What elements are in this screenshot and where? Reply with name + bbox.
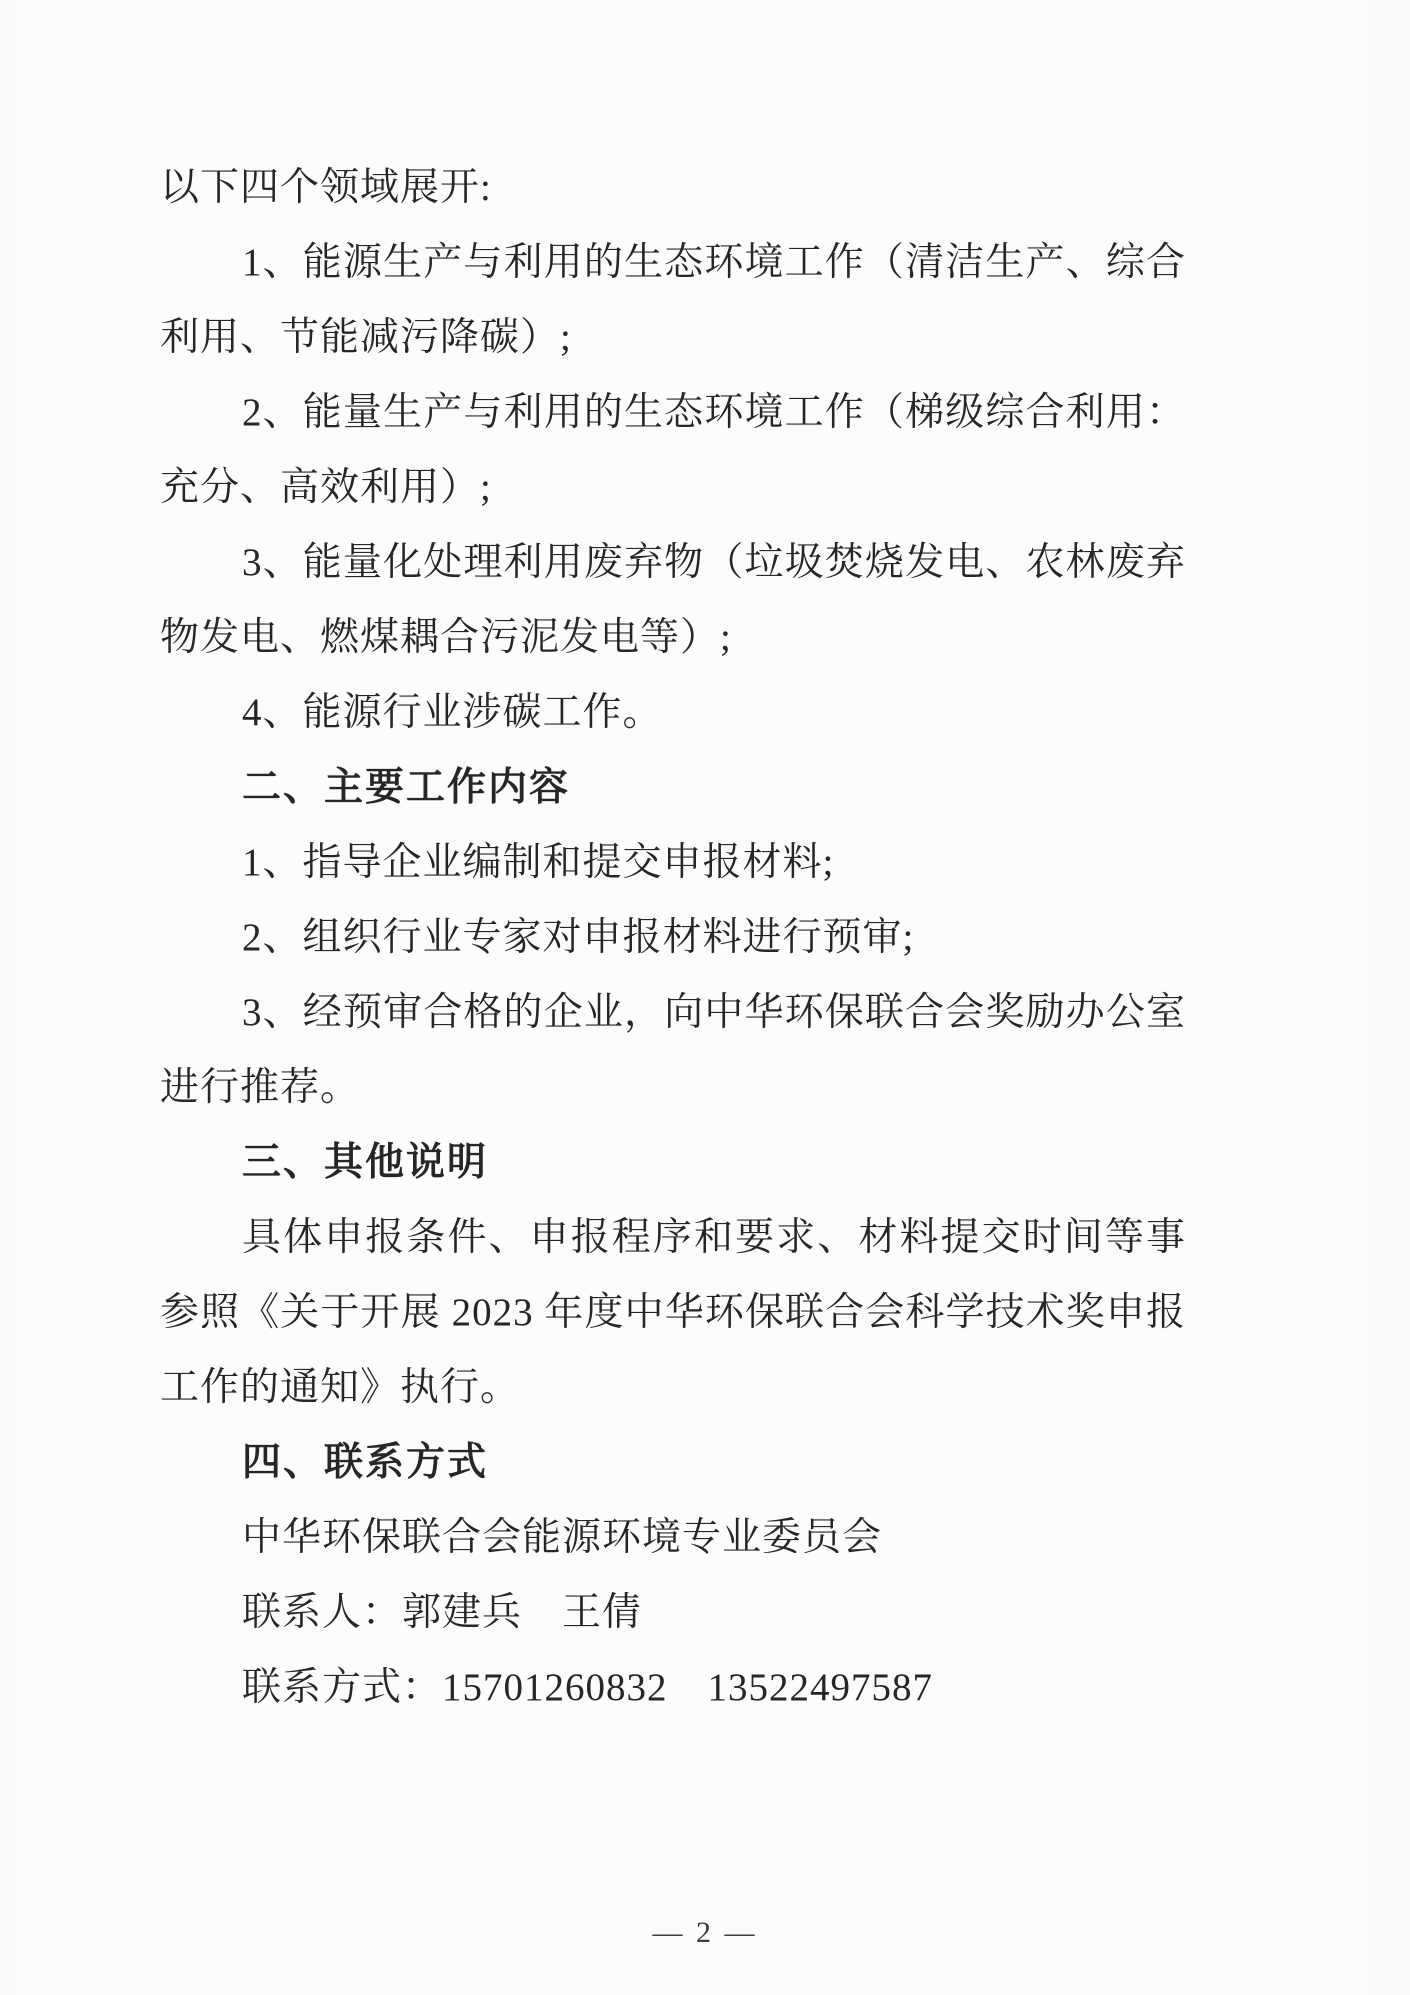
text-line: 具体申报条件、申报程序和要求、材料提交时间等事宜 xyxy=(160,1200,1186,1275)
document-body: 以下四个领域展开:1、能源生产与利用的生态环境工作（清洁生产、综合利用、节能减污… xyxy=(160,150,1186,1725)
text-line: 4、能源行业涉碳工作。 xyxy=(160,675,1186,750)
text-line: 以下四个领域展开: xyxy=(160,150,1186,225)
text-line: 2、组织行业专家对申报材料进行预审; xyxy=(160,900,1186,975)
text-line: 进行推荐。 xyxy=(160,1050,1186,1125)
text-line: 1、能源生产与利用的生态环境工作（清洁生产、综合 xyxy=(160,225,1186,300)
page-number: — 2 — xyxy=(0,1916,1410,1950)
text-line: 参照《关于开展 2023 年度中华环保联合会科学技术奖申报 xyxy=(160,1275,1186,1350)
text-line: 工作的通知》执行。 xyxy=(160,1350,1186,1425)
text-line: 3、经预审合格的企业，向中华环保联合会奖励办公室 xyxy=(160,975,1186,1050)
text-line: 3、能量化处理利用废弃物（垃圾焚烧发电、农林废弃 xyxy=(160,525,1186,600)
text-line: 2、能量生产与利用的生态环境工作（梯级综合利用： xyxy=(160,375,1186,450)
text-line: 联系方式：15701260832 13522497587 xyxy=(160,1650,1186,1725)
text-line: 1、指导企业编制和提交申报材料; xyxy=(160,825,1186,900)
text-line: 利用、节能减污降碳）; xyxy=(160,300,1186,375)
text-line: 物发电、燃煤耦合污泥发电等）; xyxy=(160,600,1186,675)
text-line: 联系人：郭建兵 王倩 xyxy=(160,1575,1186,1650)
text-line: 充分、高效利用）; xyxy=(160,450,1186,525)
document-page: 以下四个领域展开:1、能源生产与利用的生态环境工作（清洁生产、综合利用、节能减污… xyxy=(0,0,1410,1995)
section-heading: 四、联系方式 xyxy=(160,1425,1186,1500)
section-heading: 三、其他说明 xyxy=(160,1125,1186,1200)
text-line: 中华环保联合会能源环境专业委员会 xyxy=(160,1500,1186,1575)
section-heading: 二、主要工作内容 xyxy=(160,750,1186,825)
